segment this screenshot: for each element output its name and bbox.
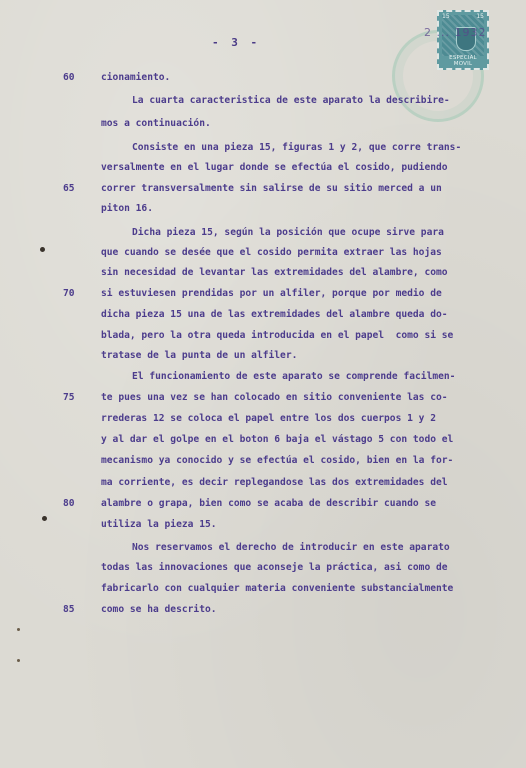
line-text: te pues una vez se han colocado en sitio… bbox=[101, 391, 448, 405]
text-line: El funcionamiento de este aparato se com… bbox=[0, 370, 526, 384]
page-number: - 3 - bbox=[212, 36, 260, 49]
line-text: piton 16. bbox=[101, 202, 153, 216]
stamp-label: ESPECIAL MOVIL bbox=[439, 55, 487, 67]
line-text: que cuando se desée que el cosido permit… bbox=[101, 246, 442, 260]
text-line: Dicha pieza 15, según la posición que oc… bbox=[0, 226, 526, 240]
line-text: mos a continuación. bbox=[101, 117, 211, 131]
text-line: sin necesidad de levantar las extremidad… bbox=[0, 266, 526, 280]
text-line: piton 16. bbox=[0, 202, 526, 216]
text-line: fabricarlo con cualquier materia conveni… bbox=[0, 582, 526, 596]
text-line: que cuando se desée que el cosido permit… bbox=[0, 246, 526, 260]
stamp-value-right: 15 bbox=[476, 13, 484, 20]
punch-hole-mark bbox=[17, 628, 20, 631]
line-text: alambre o grapa, bien como se acaba de d… bbox=[101, 497, 436, 511]
text-line: Nos reservamos el derecho de introducir … bbox=[0, 541, 526, 555]
text-line: rrederas 12 se coloca el papel entre los… bbox=[0, 412, 526, 426]
line-number: 65 bbox=[63, 182, 75, 196]
text-line: 65correr transversalmente sin salirse de… bbox=[0, 182, 526, 196]
revenue-stamp: 15 15 ESPECIAL MOVIL bbox=[437, 10, 489, 70]
text-line: 70si estuviesen prendidas por un alfiler… bbox=[0, 287, 526, 301]
text-line: mecanismo ya conocido y se efectúa el co… bbox=[0, 454, 526, 468]
line-text: utiliza la pieza 15. bbox=[101, 518, 217, 532]
stamp-date-overprint: 2 ... 1932 bbox=[424, 26, 486, 39]
line-text: La cuarta caracteristica de este aparato… bbox=[132, 94, 450, 108]
text-line: versalmente en el lugar donde se efectúa… bbox=[0, 161, 526, 175]
line-text: y al dar el golpe en el boton 6 baja el … bbox=[101, 433, 453, 447]
text-line: utiliza la pieza 15. bbox=[0, 518, 526, 532]
stamp-value-left: 15 bbox=[442, 13, 450, 20]
line-text: tratase de la punta de un alfiler. bbox=[101, 349, 297, 363]
line-number: 80 bbox=[63, 497, 75, 511]
line-text: versalmente en el lugar donde se efectúa… bbox=[101, 161, 448, 175]
text-line: ma corriente, es decir replegandose las … bbox=[0, 476, 526, 490]
line-text: rrederas 12 se coloca el papel entre los… bbox=[101, 412, 436, 426]
text-line: dicha pieza 15 una de las extremidades d… bbox=[0, 308, 526, 322]
punch-hole-mark bbox=[40, 247, 45, 252]
text-line: todas las innovaciones que aconseje la p… bbox=[0, 561, 526, 575]
text-line: Consiste en una pieza 15, figuras 1 y 2,… bbox=[0, 141, 526, 155]
line-text: El funcionamiento de este aparato se com… bbox=[132, 370, 455, 384]
line-number: 75 bbox=[63, 391, 75, 405]
text-line: 75te pues una vez se han colocado en sit… bbox=[0, 391, 526, 405]
line-text: todas las innovaciones que aconseje la p… bbox=[101, 561, 448, 575]
line-text: sin necesidad de levantar las extremidad… bbox=[101, 266, 448, 280]
text-line: tratase de la punta de un alfiler. bbox=[0, 349, 526, 363]
line-text: correr transversalmente sin salirse de s… bbox=[101, 182, 442, 196]
punch-hole-mark bbox=[17, 659, 20, 662]
line-text: cionamiento. bbox=[101, 71, 170, 85]
line-text: si estuviesen prendidas por un alfiler, … bbox=[101, 287, 442, 301]
line-number: 70 bbox=[63, 287, 75, 301]
text-line: blada, pero la otra queda introducida en… bbox=[0, 329, 526, 343]
text-line: La cuarta caracteristica de este aparato… bbox=[0, 94, 526, 108]
line-number: 85 bbox=[63, 603, 75, 617]
text-line: 60cionamiento. bbox=[0, 71, 526, 85]
text-line: 85como se ha descrito. bbox=[0, 603, 526, 617]
line-number: 60 bbox=[63, 71, 75, 85]
punch-hole-mark bbox=[42, 516, 47, 521]
line-text: Consiste en una pieza 15, figuras 1 y 2,… bbox=[132, 141, 461, 155]
line-text: dicha pieza 15 una de las extremidades d… bbox=[101, 308, 448, 322]
text-line: 80alambre o grapa, bien como se acaba de… bbox=[0, 497, 526, 511]
line-text: mecanismo ya conocido y se efectúa el co… bbox=[101, 454, 453, 468]
document-page: 15 15 ESPECIAL MOVIL 2 ... 1932 - 3 - 60… bbox=[0, 0, 526, 768]
line-text: ma corriente, es decir replegandose las … bbox=[101, 476, 448, 490]
line-text: fabricarlo con cualquier materia conveni… bbox=[101, 582, 453, 596]
line-text: Nos reservamos el derecho de introducir … bbox=[132, 541, 450, 555]
text-line: mos a continuación. bbox=[0, 117, 526, 131]
line-text: Dicha pieza 15, según la posición que oc… bbox=[132, 226, 444, 240]
line-text: blada, pero la otra queda introducida en… bbox=[101, 329, 453, 343]
text-line: y al dar el golpe en el boton 6 baja el … bbox=[0, 433, 526, 447]
line-text: como se ha descrito. bbox=[101, 603, 217, 617]
